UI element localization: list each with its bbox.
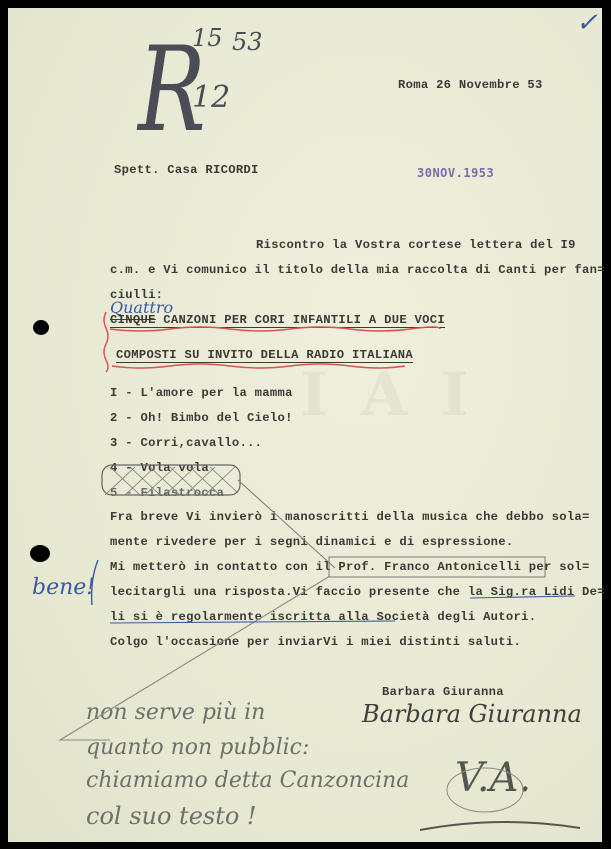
closing-line: mente rivedere per i segni dinamici e di… (110, 535, 514, 549)
pencil-initials: V.A. (455, 755, 531, 801)
title-text-2: COMPOSTI SU INVITO DELLA RADIO ITALIANA (116, 348, 413, 363)
checkmark-icon: ✓ (576, 8, 598, 38)
title-line-2: COMPOSTI SU INVITO DELLA RADIO ITALIANA (116, 348, 413, 362)
pencil-note-line: non serve più in (86, 700, 265, 725)
title-line-1: CINQUE CANZONI PER CORI INFANTILI A DUE … (110, 313, 445, 327)
pencil-note-line: quanto non pubblic: (86, 735, 309, 760)
typed-signature: Barbara Giuranna (382, 685, 504, 699)
pencil-note-line: chiamiamo detta Canzoncina (86, 768, 409, 793)
closing-line: lecitargli una risposta.Vi faccio presen… (110, 585, 605, 599)
closing-line: Fra breve Vi invierò i manoscritti della… (110, 510, 590, 524)
place-date: Roma 26 Novembre 53 (398, 78, 543, 92)
closing-line: li si è regolarmente iscritta alla Socie… (110, 610, 536, 624)
recipient: Spett. Casa RICORDI (114, 163, 259, 177)
ink-blot (33, 320, 49, 335)
handwritten-fraction-top: 15 (192, 24, 223, 52)
ink-blot (30, 545, 50, 562)
title-text: CANZONI PER CORI INFANTILI A DUE VOCI (156, 313, 445, 327)
song-item: I - L'amore per la mamma (110, 386, 293, 400)
pencil-note-line: col suo testo ! (86, 802, 257, 830)
margin-note: bene! (32, 575, 95, 600)
body-line: Riscontro la Vostra cortese lettera del … (256, 238, 576, 252)
closing-line: Mi metterò in contatto con il Prof. Fran… (110, 560, 590, 574)
closing-line: Colgo l'occasione per inviarVi i miei di… (110, 635, 521, 649)
handwritten-year: 53 (232, 28, 263, 56)
song-item: 3 - Corri,cavallo... (110, 436, 262, 450)
watermark: I A I (300, 360, 474, 430)
handwritten-signature: Barbara Giuranna (362, 700, 582, 728)
song-item: 2 - Oh! Bimbo del Cielo! (110, 411, 293, 425)
struck-word: CINQUE (110, 313, 156, 327)
song-item: 4 - Vola vola (110, 461, 209, 475)
handwritten-fraction-bottom: 12 (192, 80, 230, 115)
body-line: c.m. e Vi comunico il titolo della mia r… (110, 263, 605, 277)
received-stamp: 30NOV.1953 (417, 166, 494, 180)
song-item-crossed: 5 - Filastrocca (110, 486, 224, 500)
